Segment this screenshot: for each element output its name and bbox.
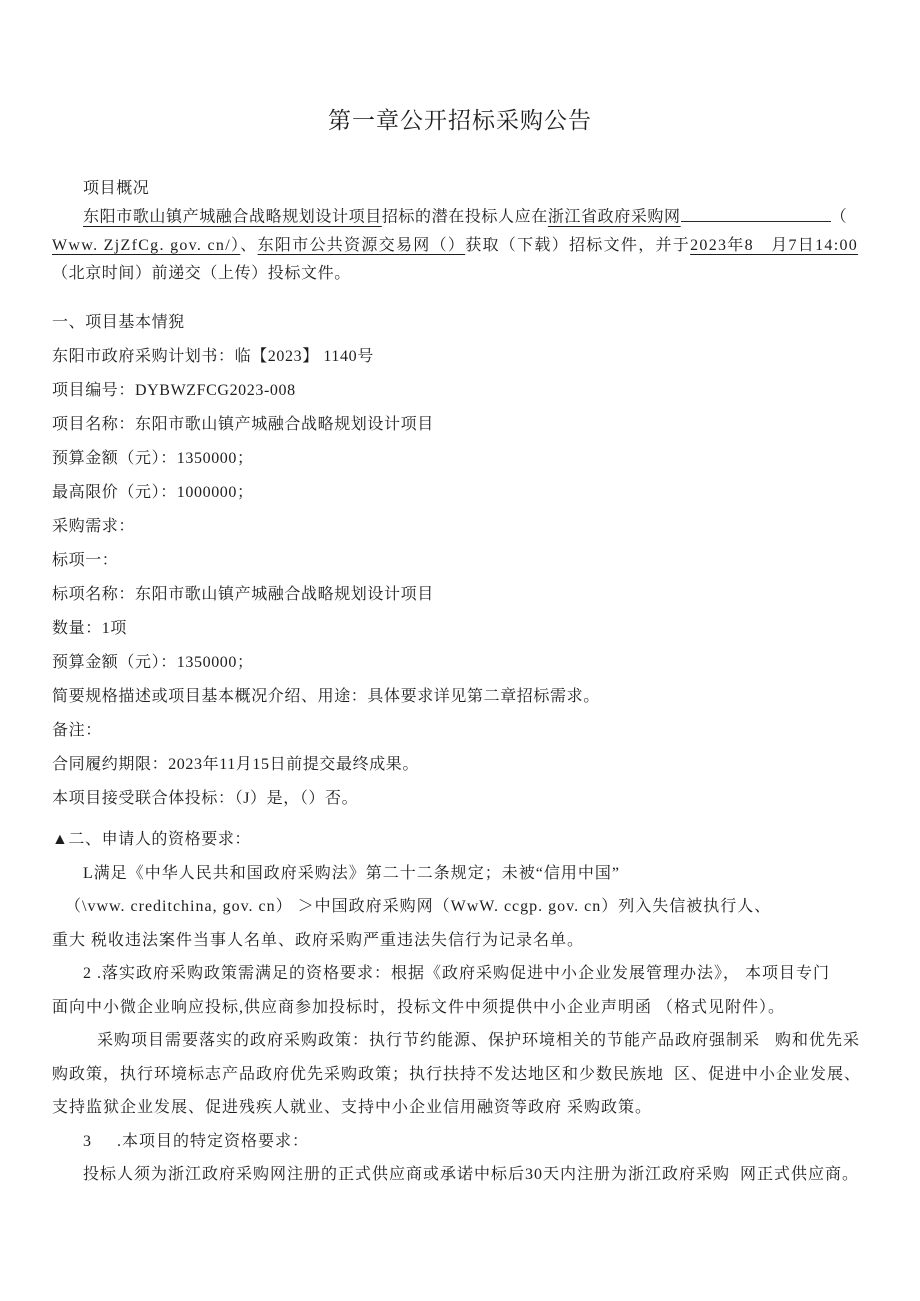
intro-line-1: 东阳市歌山镇产城融合战略规划设计项目招标的潜在投标人应在浙江省政府采购网（: [0, 203, 920, 232]
project-name-line: 项目名称：东阳市歌山镇产城融合战略规划设计项目: [0, 408, 920, 442]
section-basic-info: 一、项目基本情猊 东阳市政府采购计划书：临【2023】 1140号 项目编号：D…: [0, 306, 920, 816]
separator: 、: [240, 237, 257, 254]
procurement-site-url-underlined: Www. ZjZfCg. gov. cn/）: [52, 237, 240, 254]
qualification-p1-line3: 重大 税收违法案件当事人名单、政府采购严重违法失信行为记录名单。: [0, 924, 920, 958]
project-overview-label: 项目概况: [0, 175, 920, 203]
section-qualification-requirements: ▲二、申请人的资格要求： L满足《中华人民共和国政府采购法》第二十二条规定；未被…: [0, 823, 920, 1192]
max-price-line: 最高限价（元）：1000000；: [0, 476, 920, 510]
lot-one-line: 标项一：: [0, 544, 920, 578]
intro-line-2-text: 获取（下载）招标文件，并于: [465, 237, 690, 254]
intro-line-3: （北京时间）前递交（上传）投标文件。: [0, 260, 920, 288]
qualification-p1-line1: L满足《中华人民共和国政府采购法》第二十二条规定；未被“信用中国”: [0, 857, 920, 891]
intro-line-1-text: 招标的潜在投标人应在: [382, 209, 548, 226]
qualification-p2-line2: 面向中小微企业响应投标,供应商参加投标时，投标文件中须提供中小企业声明函 （格式…: [0, 991, 920, 1025]
budget-amount-line: 预算金额（元）：1350000；: [0, 442, 920, 476]
procurement-demand-line: 采购需求：: [0, 510, 920, 544]
qualification-p2-line1: 2 .落实政府采购政策需满足的资格要求：根据《政府采购促进中小企业发展管理办法》…: [0, 957, 920, 991]
qualification-p4-line1: 3 .本项目的特定资格要求：: [0, 1125, 920, 1159]
qualification-p3-line3: 支持监狱企业发展、促进残疾人就业、支持中小企业信用融资等政府 采购政策。: [0, 1091, 920, 1125]
plan-number-line: 东阳市政府采购计划书：临【2023】 1140号: [0, 340, 920, 374]
blank-underline: [681, 203, 831, 222]
open-paren: （: [831, 209, 848, 226]
intro-line-2: Www. ZjZfCg. gov. cn/）、东阳市公共资源交易网（）获取（下载…: [0, 232, 920, 260]
remarks-line: 备注：: [0, 714, 920, 748]
project-number-line: 项目编号：DYBWZFCG2023-008: [0, 374, 920, 408]
qualification-p3-line2: 购政策，执行环境标志产品政府优先采购政策；执行扶持不发达地区和少数民族地 区、促…: [0, 1058, 920, 1092]
page-title: 第一章公开招标采购公告: [0, 0, 920, 139]
exchange-site-underlined: 东阳市公共资源交易网（）: [258, 237, 466, 254]
deadline-underlined: 2023年8 月7日14:00: [690, 237, 858, 254]
lot-budget-line: 预算金额（元）：1350000；: [0, 646, 920, 680]
procurement-site-underlined: 浙江省政府采购网: [548, 209, 681, 226]
spec-description-line: 简要规格描述或项目基本概况介绍、用途：具体要求详见第二章招标需求。: [0, 680, 920, 714]
qualification-p3-line1: 采购项目需要落实的政府采购政策：执行节约能源、保护环境相关的节能产品政府强制采 …: [0, 1024, 920, 1058]
qualification-p1-line2: （\vww. creditchina, gov. cn） ＞中国政府采购网（Ww…: [0, 890, 920, 924]
qualification-p4-line2: 投标人须为浙江政府采购网注册的正式供应商或承诺中标后30天内注册为浙江政府采购 …: [0, 1158, 920, 1192]
project-overview-paragraph: 项目概况 东阳市歌山镇产城融合战略规划设计项目招标的潜在投标人应在浙江省政府采购…: [0, 175, 920, 288]
quantity-line: 数量：1项: [0, 612, 920, 646]
section2-heading: ▲二、申请人的资格要求：: [0, 823, 920, 857]
section1-heading: 一、项目基本情猊: [0, 306, 920, 340]
document-page: 第一章公开招标采购公告 项目概况 东阳市歌山镇产城融合战略规划设计项目招标的潜在…: [0, 0, 920, 1192]
project-name-underlined: 东阳市歌山镇产城融合战略规划设计项目: [83, 209, 382, 226]
contract-period-line: 合同履约期限：2023年11月15日前提交最终成果。: [0, 748, 920, 782]
consortium-bid-line: 本项目接受联合体投标：（J）是，（）否。: [0, 782, 920, 816]
lot-name-line: 标项名称：东阳市歌山镇产城融合战略规划设计项目: [0, 578, 920, 612]
